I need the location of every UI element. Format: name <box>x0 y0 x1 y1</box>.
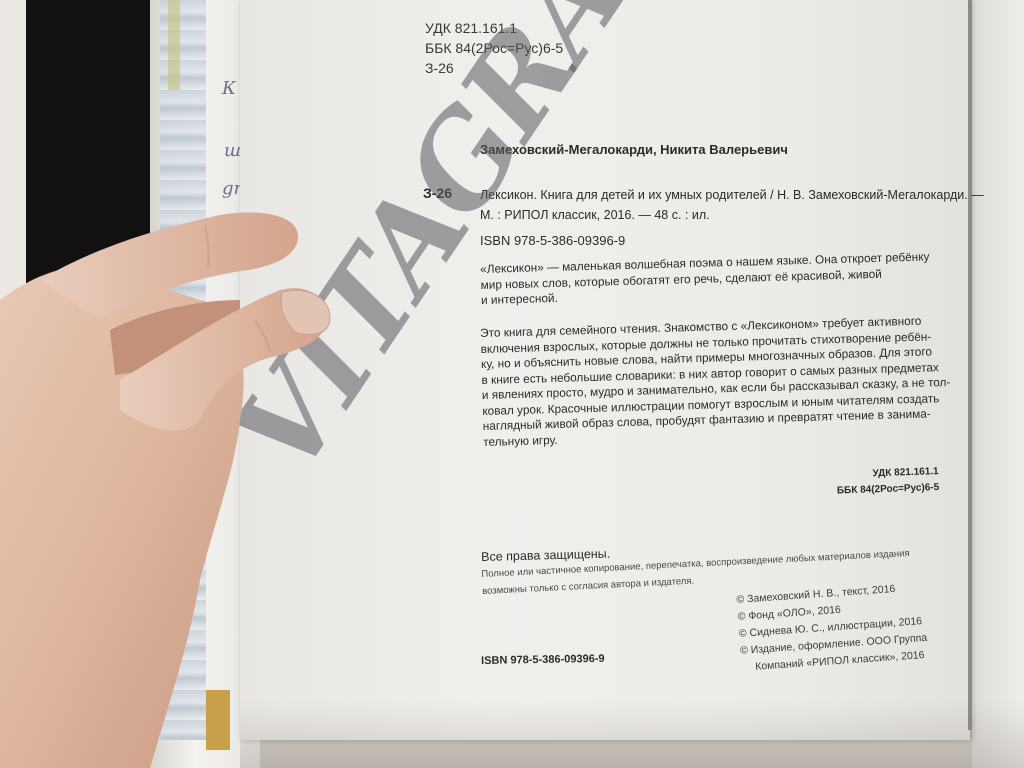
bbk-code: ББК 84(2Рос=Рус)6-5 <box>425 38 563 58</box>
handwriting-mark: ш <box>224 140 241 161</box>
biblio-line: Лексикон. Книга для детей и их умных род… <box>480 185 984 205</box>
annotation-paragraph-2: Это книга для семейного чтения. Знакомст… <box>480 313 952 450</box>
copyright-notices: © Замеховский Н. В., текст, 2016 © Фонд … <box>736 579 929 677</box>
classification-right: УДК 821.161.1 ББК 84(2Рос=Рус)6-5 <box>836 464 939 500</box>
isbn: ISBN 978-5-386-09396-9 <box>480 233 625 248</box>
background-book-yellow-strip <box>168 0 180 90</box>
page-bottom-shadow <box>240 700 1024 768</box>
handwriting-mark: К <box>222 78 236 99</box>
top-classification-codes: УДК 821.161.1 ББК 84(2Рос=Рус)6-5 З-26 <box>425 18 563 78</box>
photo-scene: К ш gr УДК 821.161.1 ББК 84(2Рос=Рус)6-5… <box>0 0 1024 768</box>
page-gutter <box>968 0 972 730</box>
isbn-bottom: ISBN 978-5-386-09396-9 <box>481 653 605 667</box>
biblio-line: М. : РИПОЛ классик, 2016. — 48 с. : ил. <box>480 205 984 225</box>
author-mark: З-26 <box>425 58 563 78</box>
facing-page <box>972 0 1024 768</box>
bibliographic-description: Лексикон. Книга для детей и их умных род… <box>480 185 984 225</box>
background-book-cover-edge <box>160 0 206 740</box>
entry-code: З-26 <box>423 185 452 201</box>
background-book-gold-corner <box>206 690 230 750</box>
udk-code: УДК 821.161.1 <box>425 18 563 38</box>
author-heading: Замеховский-Мегалокарди, Никита Валерьев… <box>480 142 788 157</box>
